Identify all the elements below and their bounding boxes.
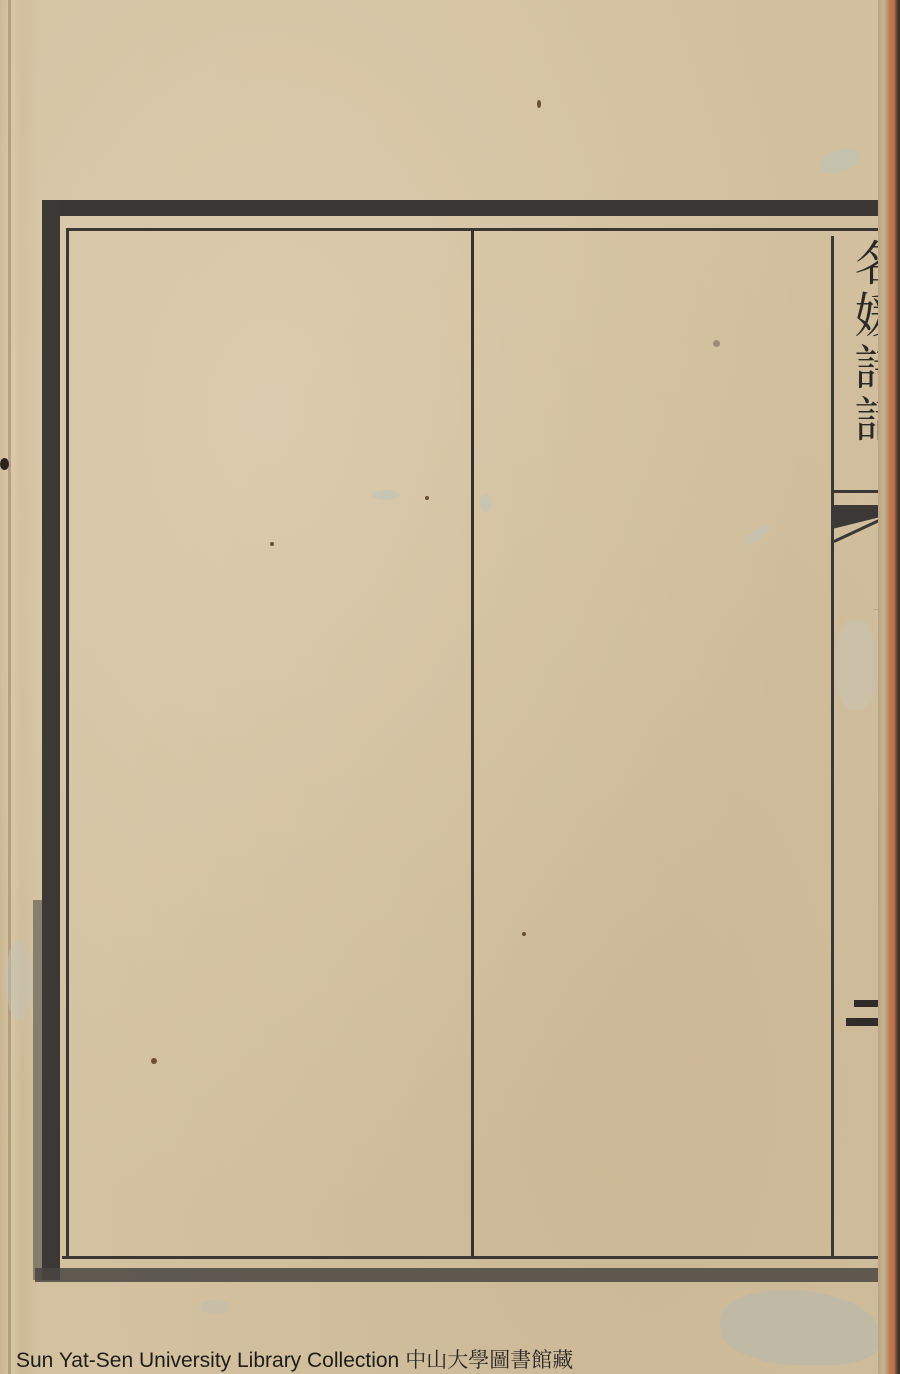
binding-hole <box>0 458 9 470</box>
watermark-chinese: 中山大學圖書館藏 <box>405 1348 573 1372</box>
paper-stain <box>836 620 876 710</box>
book-edge <box>878 0 900 1374</box>
right-panel <box>474 231 831 1256</box>
library-watermark: Sun Yat-Sen University Library Collectio… <box>16 1344 573 1374</box>
paper-stain <box>816 143 863 178</box>
left-panel <box>69 231 471 1256</box>
paper-stain <box>200 1300 230 1314</box>
banxin-border <box>831 236 834 1256</box>
outer-frame-top <box>45 200 890 216</box>
water-stain <box>720 1290 880 1365</box>
paper-stain <box>6 940 32 1020</box>
watermark-english: Sun Yat-Sen University Library Collectio… <box>16 1349 399 1372</box>
inner-frame-bottom <box>62 1256 890 1259</box>
ink-speck <box>537 100 541 108</box>
outer-frame-left <box>42 200 60 1280</box>
scanned-page: 名媛詩話 Sun Yat-Sen University Library Coll… <box>0 0 900 1374</box>
gutter-fold <box>8 0 11 1374</box>
outer-frame-bottom <box>35 1268 890 1282</box>
